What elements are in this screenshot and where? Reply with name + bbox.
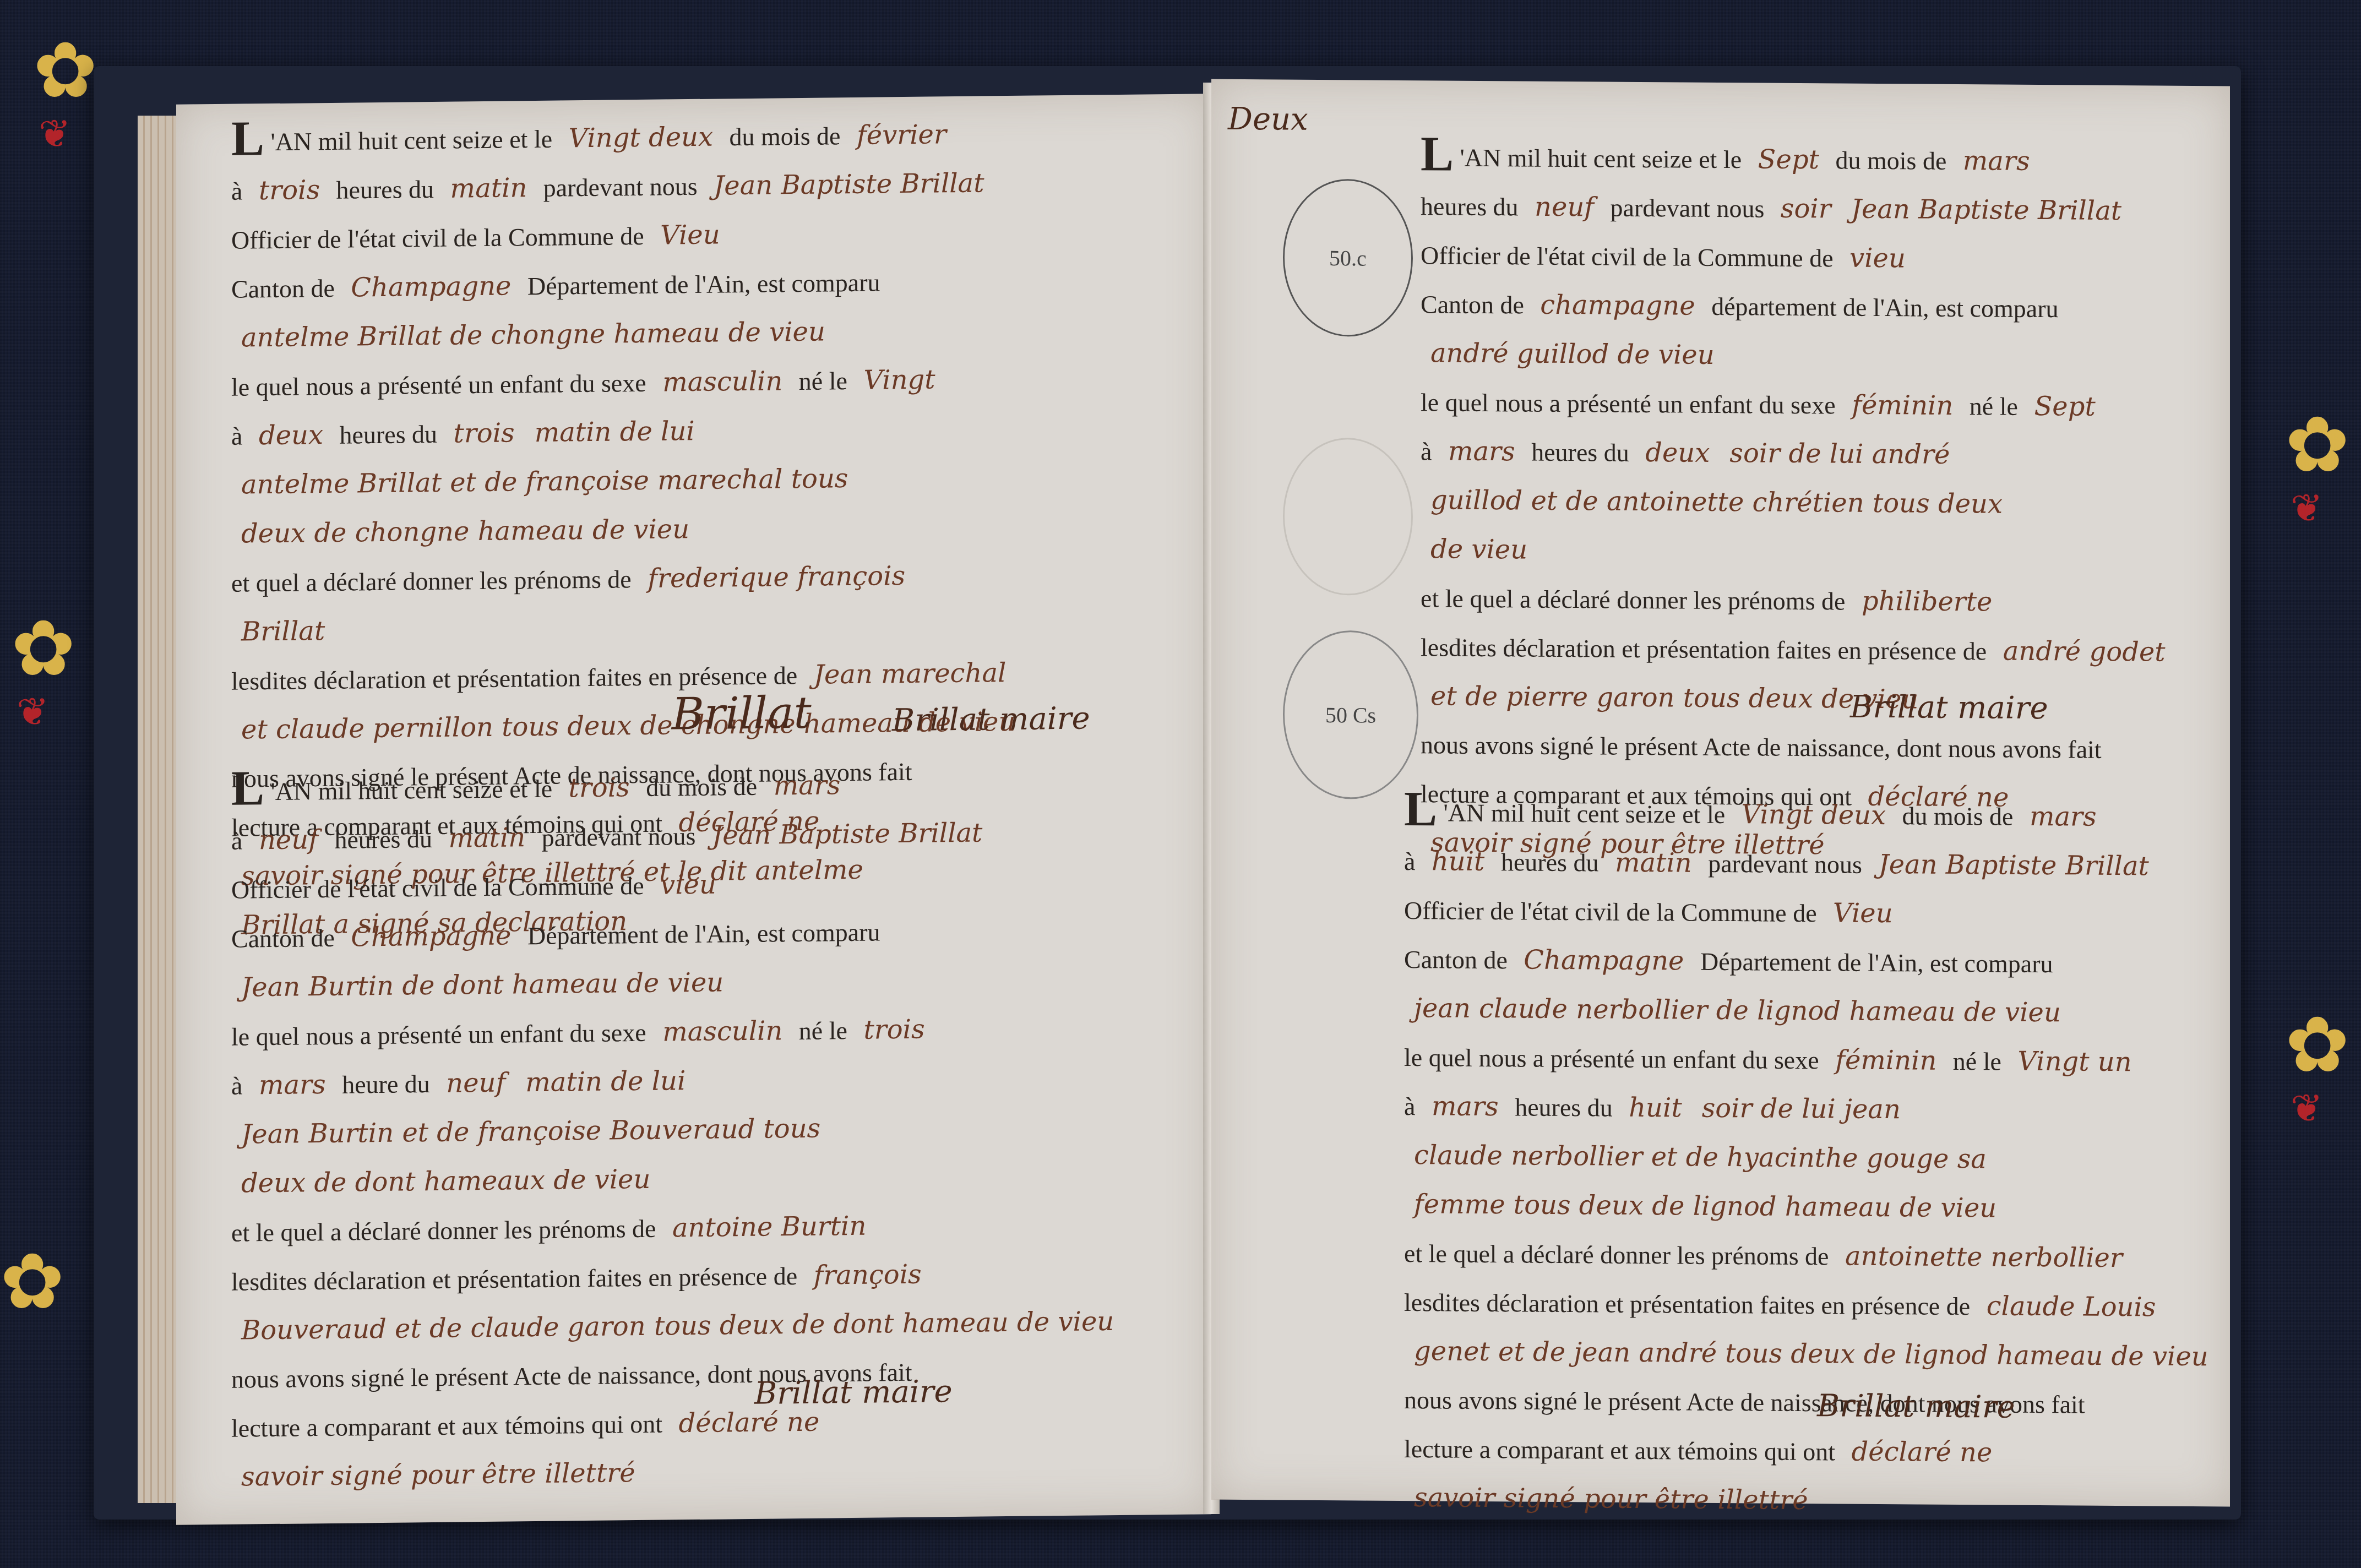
- printed-text: né le: [1946, 1047, 2008, 1076]
- printed-text: Canton de: [1421, 290, 1530, 319]
- handwritten-entry: déclaré ne: [669, 1406, 830, 1439]
- handwritten-entry: neuf: [1525, 192, 1604, 223]
- register-line: et le quel a déclaré donner les prénoms …: [1404, 1229, 2202, 1283]
- left-page: L 'AN mil huit cent seize et le Vingt de…: [176, 94, 1211, 1525]
- handwritten-entry: françois: [804, 1259, 932, 1291]
- printed-text: heures du: [1525, 438, 1636, 467]
- signature-maire: Brillat maire: [892, 700, 1090, 738]
- embroidered-flower: ✿❦: [11, 611, 75, 688]
- birth-act-4: L 'AN mil huit cent seize et le Vingt de…: [1404, 785, 2202, 1528]
- register-line: lesdites déclaration et présentation fai…: [1404, 1278, 2202, 1332]
- printed-text: à: [231, 1071, 249, 1099]
- register-line: et le quel a déclaré donner les prénoms …: [1421, 574, 2202, 628]
- handwritten-entry: février: [847, 119, 956, 151]
- margin-note: Deux: [1228, 101, 1308, 138]
- handwritten-entry: déclaré ne: [1842, 1436, 2003, 1468]
- handwritten-entry: champagne: [1530, 290, 1705, 322]
- printed-text: et le quel a déclaré donner les prénoms …: [231, 1215, 662, 1247]
- handwritten-entry: Jean Baptiste Brillat: [1841, 194, 2131, 227]
- printed-text: et le quel a déclaré donner les prénoms …: [1421, 584, 1852, 615]
- handwritten-entry: Jean Burtin et de françoise Bouveraud to…: [231, 1113, 830, 1150]
- handwritten-entry: guillod et de antoinette chrétien tous d…: [1421, 484, 2012, 520]
- register-line: le quel nous a présenté un enfant du sex…: [1404, 1033, 2202, 1087]
- printed-text: le quel nous a présenté un enfant du sex…: [231, 369, 652, 401]
- printed-text: Officier de l'état civil de la Commune d…: [1404, 896, 1823, 927]
- handwritten-entry: matin: [440, 172, 537, 204]
- register-line: Canton de champagne département de l'Ain…: [1421, 280, 2202, 334]
- printed-text: pardevant nous: [535, 822, 702, 852]
- printed-text: né le: [1963, 392, 2024, 421]
- printed-text: lesdites déclaration et présentation fai…: [231, 1262, 804, 1296]
- handwritten-entry: huit: [1422, 846, 1494, 877]
- printed-text: pardevant nous: [1604, 194, 1771, 223]
- printed-text: le quel nous a présenté un enfant du sex…: [231, 1019, 652, 1051]
- register-line: nous avons signé le présent Acte de nais…: [1421, 721, 2202, 775]
- handwritten-entry: Jean Baptiste Brillat: [702, 817, 992, 851]
- register-line: savoir signé pour être illettré: [231, 1443, 1167, 1502]
- handwritten-entry: matin: [438, 822, 535, 854]
- register-line: à huit heures du matin pardevant nous Je…: [1404, 837, 2202, 891]
- printed-text: lecture a comparant et aux témoins qui o…: [231, 1409, 669, 1442]
- handwritten-entry: deux: [1635, 437, 1720, 469]
- handwritten-entry: antelme Brillat de chongne hameau de vie…: [231, 316, 835, 353]
- handwritten-entry: Champagne: [341, 920, 521, 952]
- handwritten-entry: Sept: [1748, 144, 1829, 175]
- register-line: Bouveraud et de claude garon tous deux d…: [231, 1297, 1167, 1355]
- printed-text: heures du: [330, 175, 440, 204]
- register-line: le quel nous a présenté un enfant du sex…: [1421, 378, 2202, 432]
- printed-text: à: [231, 826, 249, 854]
- printed-text: à: [1404, 1092, 1422, 1120]
- register-line: claude nerbollier et de hyacinthe gouge …: [1404, 1131, 2202, 1185]
- handwritten-entry: trois: [444, 417, 525, 449]
- handwritten-entry: Vingt un: [2008, 1046, 2141, 1078]
- printed-text: heure du: [336, 1070, 437, 1099]
- printed-text: né le: [792, 367, 853, 395]
- handwritten-entry: philiberte: [1852, 586, 2002, 618]
- register-line: nous avons signé le présent Acte de nais…: [1404, 1376, 2202, 1430]
- handwritten-entry: frederique françois: [638, 560, 915, 594]
- handwritten-entry: deux de dont hameaux de vieu: [231, 1164, 660, 1199]
- printed-text: du mois de: [1829, 146, 1953, 175]
- register-line: genet et de jean andré tous deux de lign…: [1404, 1327, 2202, 1381]
- printed-text: pardevant nous: [537, 172, 704, 202]
- handwritten-entry: antelme Brillat et de françoise marechal…: [231, 463, 858, 500]
- handwritten-entry: Brillat: [231, 616, 335, 647]
- handwritten-entry: mars: [764, 770, 851, 802]
- handwritten-entry: savoir signé pour être illettré: [1404, 1482, 1818, 1516]
- register-line: à mars heures du huitsoir de lui jean: [1404, 1082, 2202, 1136]
- handwritten-entry: Jean Burtin de dont hameau de vieu: [231, 967, 733, 1003]
- printed-text: Canton de: [231, 924, 341, 953]
- register-line: L 'AN mil huit cent seize et le Sept du …: [1421, 130, 2202, 187]
- register-line: Officier de l'état civil de la Commune d…: [1404, 886, 2202, 940]
- register-line: savoir signé pour être illettré: [1404, 1473, 2202, 1528]
- printed-text: du mois de: [723, 122, 847, 151]
- printed-text: heures du: [1494, 848, 1605, 876]
- printed-text: à: [231, 177, 249, 205]
- handwritten-entry: andré godet: [1993, 635, 2175, 667]
- register-line: à mars heures du deuxsoir de lui andré: [1421, 427, 2202, 481]
- handwritten-entry: féminin: [1842, 390, 1963, 422]
- register-line: lecture a comparant et aux témoins qui o…: [1404, 1424, 2202, 1479]
- printed-text: à: [231, 422, 249, 450]
- printed-text: du mois de: [1896, 802, 2020, 831]
- handwritten-entry: trois: [249, 175, 330, 206]
- handwritten-entry: deux: [249, 420, 333, 451]
- register-line: guillod et de antoinette chrétien tous d…: [1421, 476, 2202, 530]
- handwritten-entry: Jean Baptiste Brillat: [704, 167, 994, 202]
- register-line: Officier de l'état civil de la Commune d…: [1421, 231, 2202, 285]
- handwritten-entry: deux de chongne hameau de vieu: [231, 514, 699, 549]
- handwritten-entry: Champagne: [1514, 944, 1694, 976]
- printed-text: L 'AN mil huit cent seize et le: [231, 125, 559, 156]
- printed-text: du mois de: [640, 772, 764, 802]
- embroidered-flower: ✿❦: [33, 33, 97, 110]
- register-line: heures du neuf pardevant nous soirJean B…: [1421, 182, 2202, 236]
- right-page: Deux 50.c 50 Cs L 'AN mil huit cent seiz…: [1211, 79, 2230, 1507]
- handwritten-entry: mars: [1422, 1091, 1509, 1122]
- printed-text: pardevant nous: [1702, 850, 1869, 879]
- printed-text: nous avons signé le présent Acte de nais…: [1421, 731, 2102, 764]
- printed-text: et quel a déclaré donner les prénoms de: [231, 565, 638, 597]
- handwritten-entry: Jean Baptiste Brillat: [1868, 849, 2158, 882]
- handwritten-entry: vieu: [1840, 243, 1916, 274]
- handwritten-entry: de vieu: [1421, 533, 1537, 565]
- printed-text: lecture a comparant et aux témoins qui o…: [1404, 1435, 1842, 1466]
- handwritten-entry: andré guillod de vieu: [1421, 337, 1724, 371]
- printed-text: à: [1404, 847, 1422, 875]
- printed-text: L 'AN mil huit cent seize et le: [1404, 798, 1732, 829]
- register-line: Canton de Champagne Département de l'Ain…: [1404, 935, 2202, 989]
- printed-text: L 'AN mil huit cent seize et le: [1421, 143, 1748, 173]
- signature-brillat: Brillat: [672, 687, 812, 740]
- handwritten-entry: mars: [249, 1069, 336, 1101]
- handwritten-entry: huit: [1619, 1092, 1691, 1124]
- register-line: L 'AN mil huit cent seize et le Vingt de…: [231, 105, 1167, 167]
- embroidered-flower: ✿❦: [2285, 1008, 2349, 1085]
- register-line: jean claude nerbollier de lignod hameau …: [1404, 984, 2202, 1038]
- printed-text: heures du: [1421, 192, 1525, 221]
- printed-text: Canton de: [1404, 945, 1514, 974]
- printed-text: Officier de l'état civil de la Commune d…: [231, 222, 650, 254]
- handwritten-entry: Vingt: [853, 364, 945, 396]
- printed-text: Département de l'Ain, est comparu: [521, 268, 880, 300]
- handwritten-entry: mars: [2020, 801, 2107, 832]
- printed-text: à: [1421, 437, 1438, 465]
- register-line: L 'AN mil huit cent seize et le trois du…: [231, 755, 1167, 816]
- handwritten-entry: jean claude nerbollier de lignod hameau …: [1404, 993, 2071, 1028]
- birth-act-3: L 'AN mil huit cent seize et le Sept du …: [1421, 130, 2202, 873]
- printed-text: Département de l'Ain, est comparu: [521, 918, 880, 950]
- tax-stamp-50c: 50.c: [1283, 178, 1413, 337]
- handwritten-entry: Sept: [2024, 391, 2105, 422]
- signature-maire: Brillat maire: [1850, 689, 2048, 727]
- printed-text: lesdites déclaration et présentation fai…: [1404, 1288, 1977, 1320]
- handwritten-entry: trois: [559, 772, 640, 804]
- embroidered-flower: ✿❦: [2285, 407, 2349, 484]
- handwritten-entry: vieu: [650, 869, 726, 900]
- signature-maire: Brillat maire: [754, 1374, 953, 1412]
- handwritten-entry: soir de lui jean: [1692, 1093, 1911, 1125]
- handwritten-entry: masculin: [652, 366, 792, 398]
- handwritten-entry: matin: [1605, 847, 1702, 879]
- register-line: lesdites déclaration et présentation fai…: [1421, 623, 2202, 677]
- handwritten-entry: mars: [1438, 435, 1525, 467]
- printed-text: Officier de l'état civil de la Commune d…: [1421, 241, 1840, 272]
- embroidered-flower: ✿: [0, 1244, 64, 1321]
- handwritten-entry: neuf: [249, 824, 328, 856]
- handwritten-entry: trois: [853, 1014, 934, 1046]
- handwritten-entry: soir de lui andré: [1720, 438, 1960, 470]
- handwritten-entry: claude nerbollier et de hyacinthe gouge …: [1404, 1140, 1996, 1175]
- printed-text: et le quel a déclaré donner les prénoms …: [1404, 1239, 1835, 1270]
- printed-text: heures du: [1509, 1093, 1619, 1121]
- printed-text: L 'AN mil huit cent seize et le: [231, 775, 559, 806]
- handwritten-entry: antoine Burtin: [662, 1211, 876, 1244]
- handwritten-entry: Vieu: [650, 219, 730, 251]
- printed-text: lesdites déclaration et présentation fai…: [1421, 633, 1993, 665]
- handwritten-entry: Vingt deux: [559, 121, 723, 154]
- birth-act-2: L 'AN mil huit cent seize et le trois du…: [231, 755, 1167, 1502]
- printed-text: Département de l'Ain, est comparu: [1694, 948, 2053, 978]
- handwritten-entry: soir: [1771, 193, 1841, 225]
- printed-text: heures du: [333, 420, 444, 449]
- handwritten-entry: claude Louis: [1977, 1291, 2166, 1322]
- handwritten-entry: antoinette nerbollier: [1835, 1240, 2132, 1273]
- handwritten-entry: Vieu: [1823, 897, 1903, 929]
- handwritten-entry: masculin: [652, 1015, 792, 1048]
- signature-maire: Brillat maire: [1817, 1388, 2015, 1425]
- embossed-seal: [1283, 437, 1413, 596]
- handwritten-entry: matin de lui: [515, 1065, 695, 1098]
- handwritten-entry: Jean marechal: [804, 657, 1016, 690]
- printed-text: heures du: [328, 825, 439, 854]
- handwritten-entry: Bouveraud et de claude garon tous deux d…: [231, 1306, 1124, 1346]
- printed-text: département de l'Ain, est comparu: [1705, 292, 2059, 323]
- printed-text: né le: [792, 1016, 853, 1045]
- handwritten-entry: Champagne: [341, 270, 521, 303]
- handwritten-entry: féminin: [1825, 1044, 1946, 1076]
- handwritten-entry: neuf: [436, 1067, 515, 1099]
- printed-text: Officier de l'état civil de la Commune d…: [231, 872, 650, 904]
- printed-text: le quel nous a présenté un enfant du sex…: [1421, 388, 1842, 419]
- printed-text: Canton de: [231, 274, 341, 303]
- handwritten-entry: savoir signé pour être illettré: [231, 1457, 645, 1493]
- handwritten-entry: matin de lui: [525, 416, 705, 448]
- printed-text: le quel nous a présenté un enfant du sex…: [1404, 1043, 1825, 1074]
- tax-stamp-50cs: 50 Cs: [1283, 630, 1418, 799]
- register-line: andré guillod de vieu: [1421, 329, 2202, 383]
- handwritten-entry: genet et de jean andré tous deux de lign…: [1404, 1336, 2218, 1372]
- handwritten-entry: mars: [1953, 145, 2040, 177]
- register-line: L 'AN mil huit cent seize et le Vingt de…: [1404, 785, 2202, 842]
- register-line: de vieu: [1421, 525, 2202, 579]
- handwritten-entry: Vingt deux: [1732, 799, 1896, 831]
- handwritten-entry: femme tous deux de lignod hameau de vieu: [1404, 1189, 2006, 1224]
- register-line: et de pierre garon tous deux de vieu: [1421, 672, 2202, 726]
- register-line: femme tous deux de lignod hameau de vieu: [1404, 1180, 2202, 1234]
